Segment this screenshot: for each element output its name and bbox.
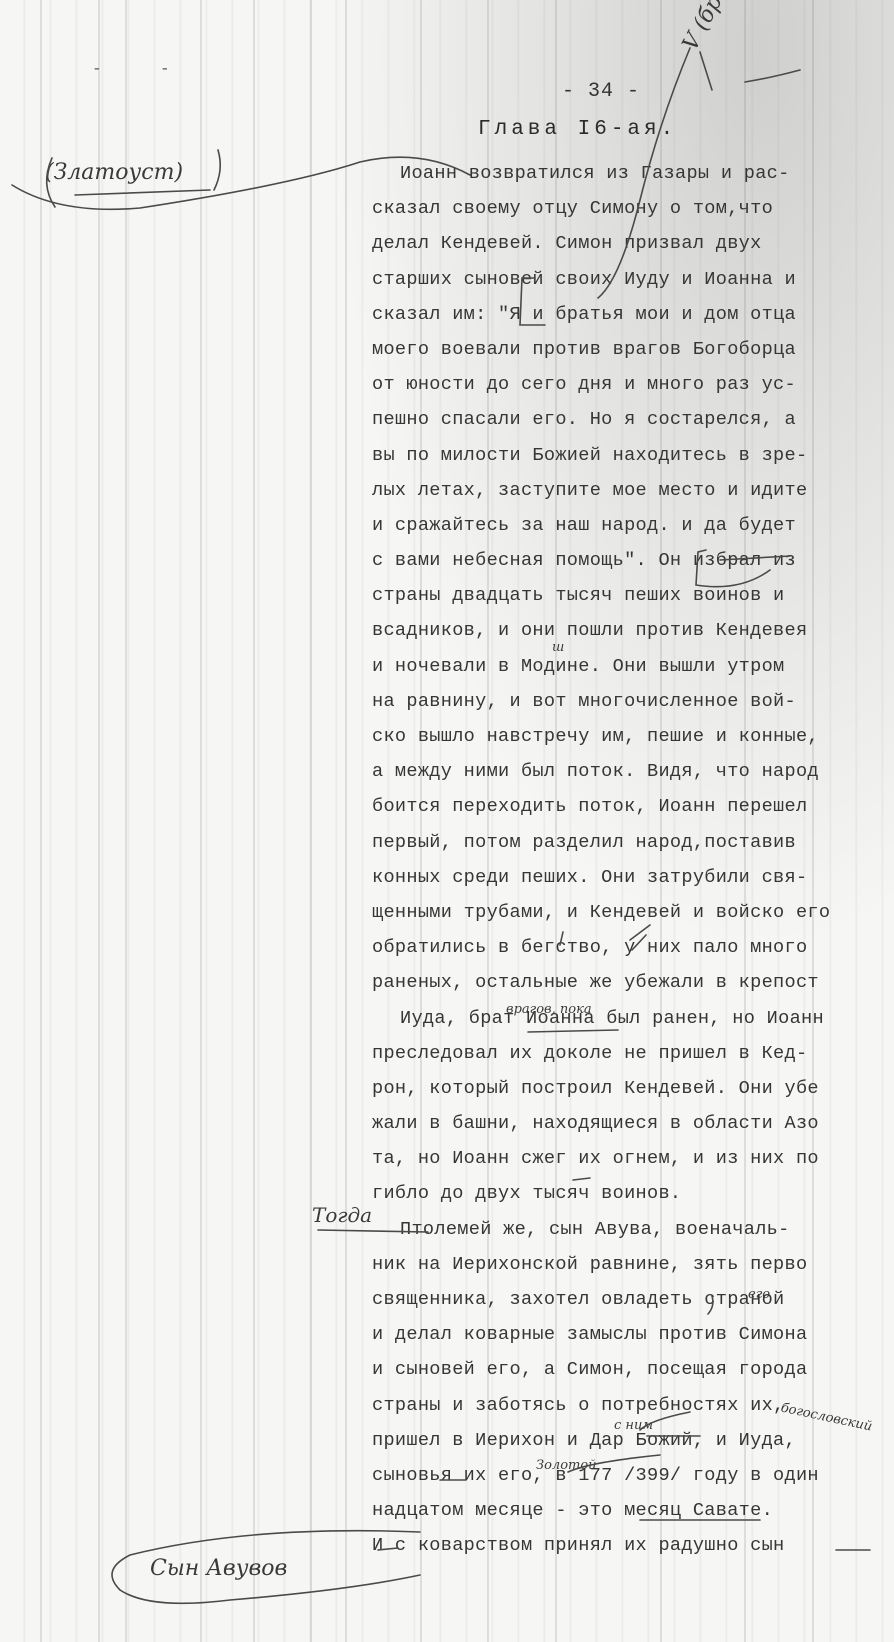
text-line: и ночевали в Модине. Они вышли утром — [372, 649, 892, 684]
text-line: та, но Иоанн сжег их огнем, и из них по — [372, 1141, 892, 1176]
text-line: старших сыновей своих Иуду и Иоанна и — [372, 262, 892, 297]
text-line: Иоанн возвратился из Газары и рас- — [372, 156, 892, 191]
inline-note-zolotoy: Золотой — [536, 1458, 597, 1473]
text-line: надцатом месяце - это месяц Савате. — [372, 1493, 892, 1528]
margin-note-bratya: V (братья?) — [678, 0, 766, 55]
text-line: делал Кендевей. Симон призвал двух — [372, 226, 892, 261]
scan-line — [253, 0, 255, 1642]
text-line: первый, потом разделил народ,поставив — [372, 825, 892, 860]
margin-note-togda: Тогда — [312, 1203, 372, 1227]
inline-note-ego: его — [748, 1287, 770, 1302]
text-line: и делал коварные замыслы против Симона — [372, 1317, 892, 1352]
margin-note-zlatoust: (Златоуст) — [45, 160, 183, 185]
text-line: и сыновей его, а Симон, посещая города — [372, 1352, 892, 1387]
text-line: страны двадцать тысяч пеших воинов и — [372, 578, 892, 613]
inline-note-s-nim: с ним — [614, 1418, 653, 1433]
text-line: обратились в бегство, у них пало много — [372, 930, 892, 965]
text-line: на равнину, и вот многочисленное вой- — [372, 684, 892, 719]
document-page: - - - 34 - Глава I6-ая. Иоанн возвратилс… — [0, 0, 894, 1642]
text-line: конных среди пеших. Они затрубили свя- — [372, 860, 892, 895]
text-line: раненых, остальные же убежали в крепост — [372, 965, 892, 1000]
text-line: священника, захотел овладеть страной — [372, 1282, 892, 1317]
text-line: лых летах, заступите мое место и идите — [372, 473, 892, 508]
top-dash-mark: - — [160, 60, 170, 78]
text-line: сказал им: "Я и братья мои и дом отца — [372, 297, 892, 332]
text-line: ско вышло навстречу им, пешие и конные, — [372, 719, 892, 754]
text-line: моего воевали против врагов Богоборца — [372, 332, 892, 367]
text-line: гибло до двух тысяч воинов. — [372, 1176, 892, 1211]
text-line: от юности до сего дня и много раз ус- — [372, 367, 892, 402]
text-line: преследовал их доколе не пришел в Кед- — [372, 1036, 892, 1071]
text-line: с вами небесная помощь". Он избрал из — [372, 543, 892, 578]
scan-line — [200, 0, 202, 1642]
scan-line — [125, 0, 127, 1642]
text-line: ник на Иерихонской равнине, зять перво — [372, 1247, 892, 1282]
scan-line — [40, 0, 42, 1642]
scan-line — [98, 0, 100, 1642]
chapter-title: Глава I6-ая. — [478, 118, 677, 141]
text-line: всадников, и они пошли против Кендевея — [372, 613, 892, 648]
text-line: пешно спасали его. Но я состарелся, а — [372, 402, 892, 437]
inline-note-vragov-poka: врагов, пока — [506, 1002, 592, 1017]
text-line: сказал своему отцу Симону о том,что — [372, 191, 892, 226]
text-line: а между ними был поток. Видя, что народ — [372, 754, 892, 789]
text-line: И с коварством принял их радушно сын — [372, 1528, 892, 1563]
page-number: - 34 - — [562, 80, 640, 103]
text-line: жали в башни, находящиеся в области Азо — [372, 1106, 892, 1141]
text-line: рон, который построил Кендевей. Они убе — [372, 1071, 892, 1106]
text-line: Иуда, брат Иоанна был ранен, но Иоанн — [372, 1001, 892, 1036]
scan-line — [345, 0, 347, 1642]
top-dash-mark: - — [92, 60, 102, 78]
scan-line — [310, 0, 312, 1642]
text-line: Птолемей же, сын Авува, военачаль- — [372, 1212, 892, 1247]
text-line: вы по милости Божией находитесь в зре- — [372, 438, 892, 473]
inline-note-sh: ш — [552, 640, 564, 655]
text-line: боится переходить поток, Иоанн перешел — [372, 789, 892, 824]
typed-body-text: Иоанн возвратился из Газары и рас- сказа… — [372, 156, 892, 1564]
text-line: щенными трубами, и Кендевей и войско его — [372, 895, 892, 930]
text-line: и сражайтесь за наш народ. и да будет — [372, 508, 892, 543]
margin-note-syn-avuvov: Сын Авувов — [150, 1556, 287, 1581]
text-line: сыновья их его, в 177 /399/ году в один — [372, 1458, 892, 1493]
